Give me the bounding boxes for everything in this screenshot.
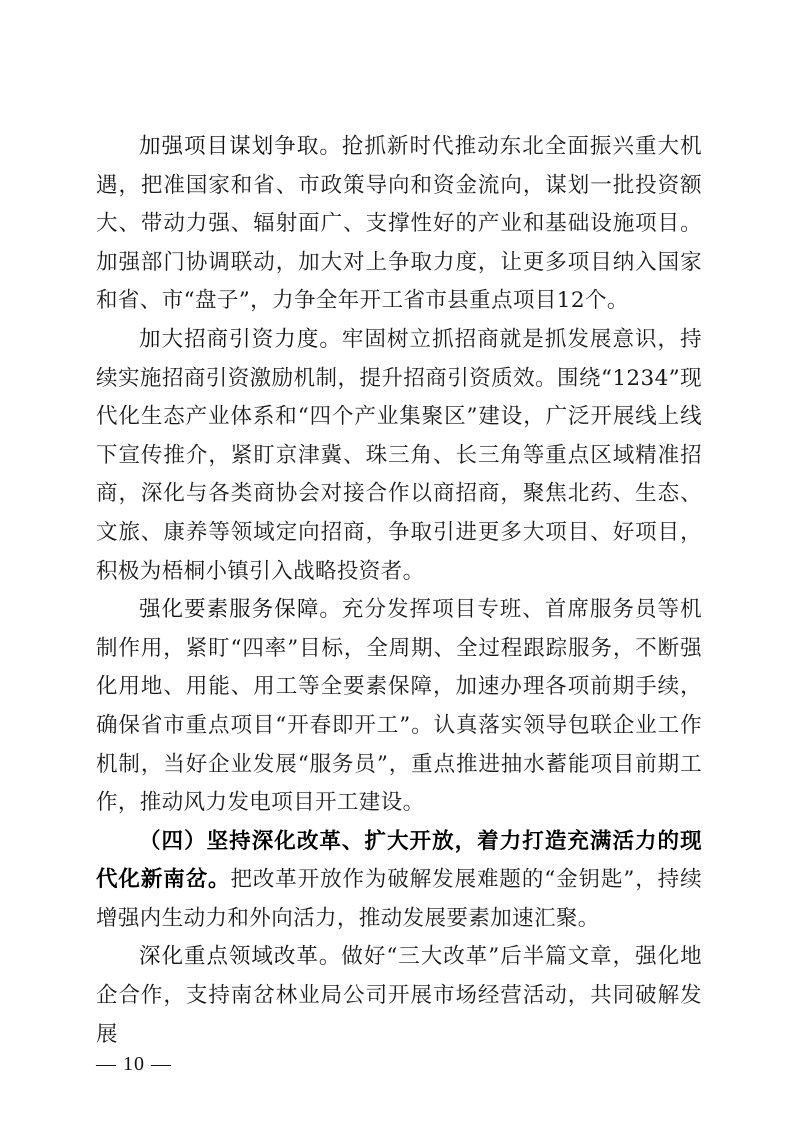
page-number: — 10 —	[96, 1053, 172, 1076]
paragraph-lead: 深化重点领域改革。	[139, 944, 341, 969]
paragraph-lead: 加大招商引资力度。	[139, 327, 342, 352]
paragraph-service-guarantee: 强化要素服务保障。充分发挥项目专班、首席服务员等机制作用，紧盯“四率”目标，全周…	[96, 591, 702, 823]
paragraph-lead: 强化要素服务保障。	[139, 597, 342, 622]
document-page: 加强项目谋划争取。抢抓新时代推动东北全面振兴重大机遇，把准国家和省、市政策导向和…	[0, 0, 793, 1122]
paragraph-project-planning: 加强项目谋划争取。抢抓新时代推动东北全面振兴重大机遇，把准国家和省、市政策导向和…	[96, 128, 702, 321]
paragraph-key-reform: 深化重点领域改革。做好“三大改革”后半篇文章，强化地企合作，支持南岔林业局公司开…	[96, 938, 702, 1054]
document-body: 加强项目谋划争取。抢抓新时代推动东北全面振兴重大机遇，把准国家和省、市政策导向和…	[96, 128, 702, 1054]
paragraph-text: 牢固树立抓招商就是抓发展意识，持续实施招商引资激励机制，提升招商引资质效。围绕“…	[96, 327, 702, 584]
paragraph-text: 抢抓新时代推动东北全面振兴重大机遇，把准国家和省、市政策导向和资金流向，谋划一批…	[96, 134, 702, 313]
section-heading-reform-opening: （四）坚持深化改革、扩大开放，着力打造充满活力的现代化新南岔。把改革开放作为破解…	[96, 823, 702, 939]
paragraph-lead: 加强项目谋划争取。	[139, 134, 342, 159]
paragraph-text: 充分发挥项目专班、首席服务员等机制作用，紧盯“四率”目标，全周期、全过程跟踪服务…	[96, 597, 702, 815]
paragraph-investment-attraction: 加大招商引资力度。牢固树立抓招商就是抓发展意识，持续实施招商引资激励机制，提升招…	[96, 321, 702, 591]
